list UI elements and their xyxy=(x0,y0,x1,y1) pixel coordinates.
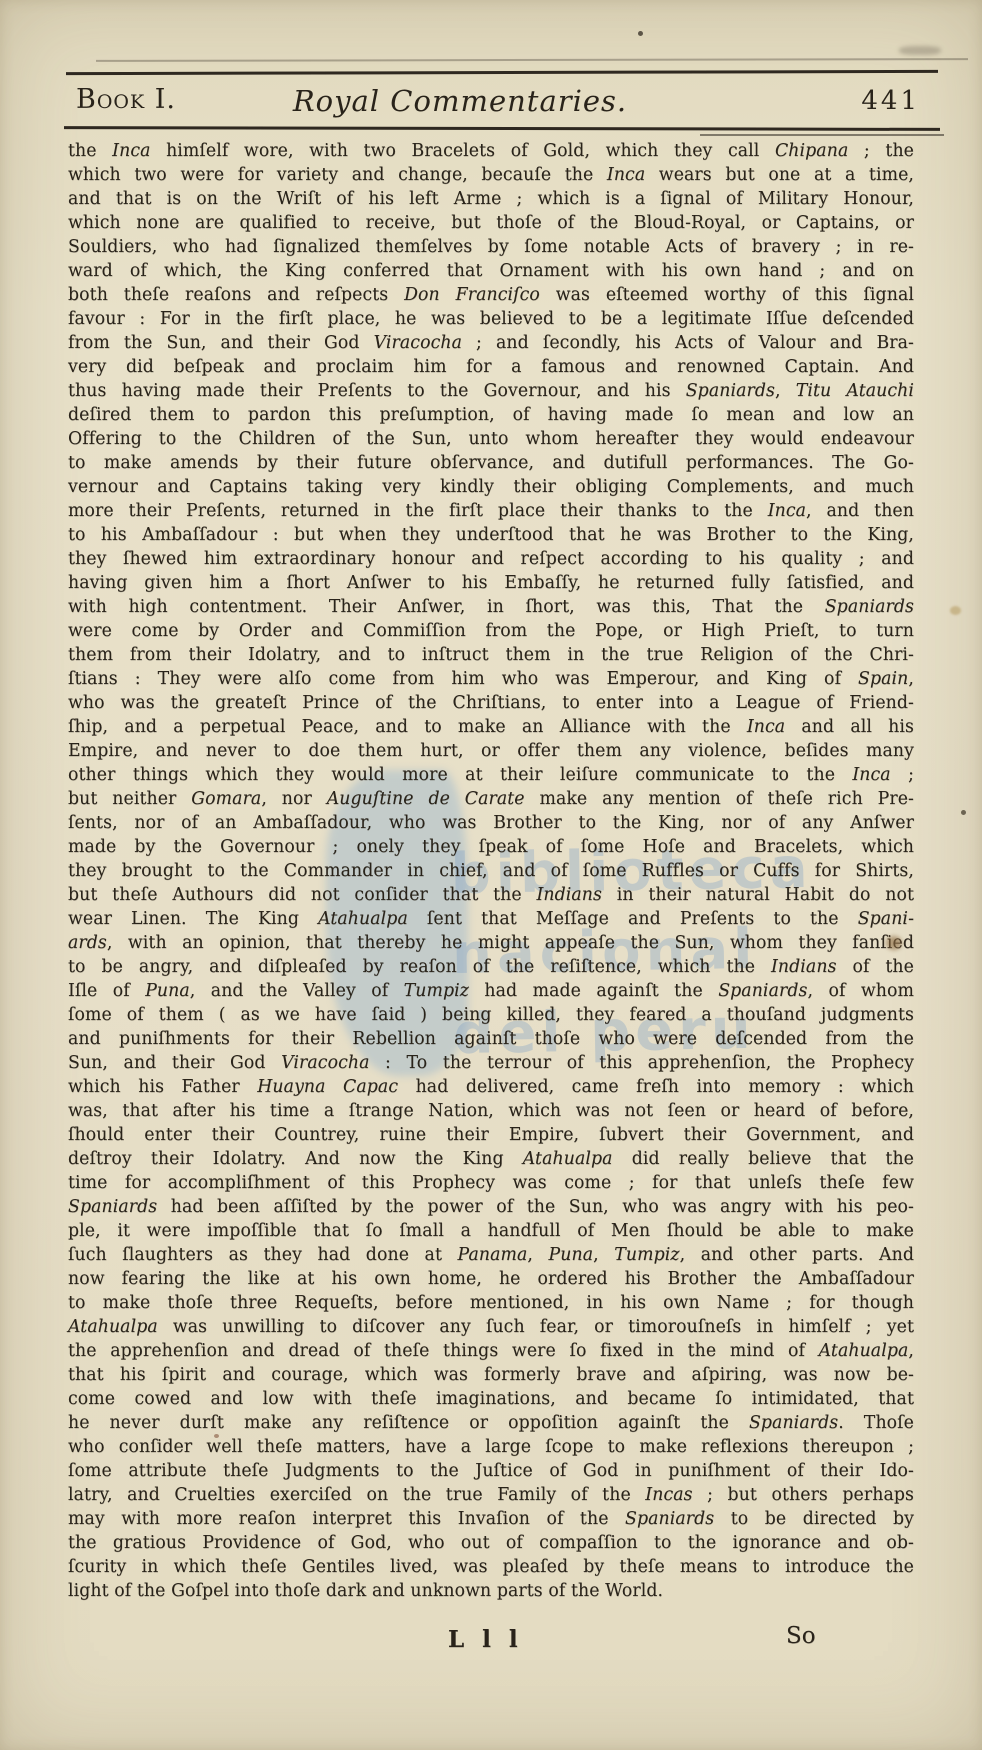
text-line: favour : For in the firſt place, he was … xyxy=(68,307,914,331)
catchword: So xyxy=(786,1623,816,1649)
text-line: now fearing the like at his own home, he… xyxy=(68,1267,914,1291)
text-line: ards, with an opinion, that thereby he m… xyxy=(68,931,914,955)
text-line: to make thoſe three Requeſts, before men… xyxy=(68,1291,914,1315)
scan-smudge xyxy=(899,46,941,55)
text-line: ſhip, and a perpetual Peace, and to make… xyxy=(68,715,914,739)
text-line: to his Ambaſſadour : but when they under… xyxy=(68,523,914,547)
text-line: come cowed and low with theſe imaginatio… xyxy=(68,1387,914,1411)
text-line: ſtians : They were alſo come from him wh… xyxy=(68,667,914,691)
text-line: was, that after his time a ſtrange Natio… xyxy=(68,1099,914,1123)
header-rule-bottom-echo xyxy=(700,134,944,136)
text-line: deſtroy their Idolatry. And now the King… xyxy=(68,1147,914,1171)
text-line: which two were for variety and change, b… xyxy=(68,163,914,187)
text-line: which none are qualified to receive, but… xyxy=(68,211,914,235)
text-line: to make amends by their future obſervanc… xyxy=(68,451,914,475)
text-line: time for accompliſhment of this Prophecy… xyxy=(68,1171,914,1195)
text-block: the Inca himſelf wore, with two Bracelet… xyxy=(68,139,914,1603)
header-rule-top xyxy=(66,70,938,75)
header-rule-bottom xyxy=(64,126,940,131)
text-line: but theſe Authours did not conſider that… xyxy=(68,883,914,907)
text-line: thus having made their Preſents to the G… xyxy=(68,379,914,403)
text-line: ſhould enter their Countrey, ruine their… xyxy=(68,1123,914,1147)
text-line: ple, it were impoſſible that ſo ſmall a … xyxy=(68,1219,914,1243)
page-number: 441 xyxy=(861,86,920,116)
text-line: ſome attribute theſe Judgments to the Ju… xyxy=(68,1459,914,1483)
text-line: but neither Gomara, nor Auguſtine de Car… xyxy=(68,787,914,811)
text-line: who was the greateſt Prince of the Chriſ… xyxy=(68,691,914,715)
text-line: were come by Order and Commiſſion from t… xyxy=(68,619,914,643)
text-line: they ſhewed him extraordinary honour and… xyxy=(68,547,914,571)
text-line: they brought to the Commander in chief, … xyxy=(68,859,914,883)
text-line: Atahualpa was unwilling to diſcover any … xyxy=(68,1315,914,1339)
text-line: from the Sun, and their God Viracocha ; … xyxy=(68,331,914,355)
running-title: Royal Commentaries. xyxy=(180,84,740,118)
foxing-spot xyxy=(886,936,902,950)
text-line: latry, and Cruelties exerciſed on the tr… xyxy=(68,1483,914,1507)
text-line: having given him a ſhort Anſwer to his E… xyxy=(68,571,914,595)
ink-speck xyxy=(638,31,643,36)
text-line: and that is on the Wriſt of his left Arm… xyxy=(68,187,914,211)
text-line: wear Linen. The King Atahualpa ſent that… xyxy=(68,907,914,931)
text-line: and puniſhments for their Rebellion agai… xyxy=(68,1027,914,1051)
foxing-spot xyxy=(950,606,961,615)
foxing-spot xyxy=(214,1434,219,1438)
text-line: the apprehenſion and dread of theſe thin… xyxy=(68,1339,914,1363)
text-line: ſome of them ( as we have ſaid ) being k… xyxy=(68,1003,914,1027)
text-line: more their Preſents, returned in the fir… xyxy=(68,499,914,523)
text-line: Offering to the Children of the Sun, unt… xyxy=(68,427,914,451)
text-line: very did beſpeak and proclaim him for a … xyxy=(68,355,914,379)
text-line: ſuch ſlaughters as they had done at Pana… xyxy=(68,1243,914,1267)
text-line: made by the Governour ; onely they ſpeak… xyxy=(68,835,914,859)
text-line: that his ſpirit and courage, which was f… xyxy=(68,1363,914,1387)
text-line: he never durſt make any reſiſtence or op… xyxy=(68,1411,914,1435)
signature-mark: L l l xyxy=(448,1626,523,1653)
text-line: ſcurity in which theſe Gentiles lived, w… xyxy=(68,1555,914,1579)
ink-speck xyxy=(961,810,966,815)
text-line: who conſider well theſe matters, have a … xyxy=(68,1435,914,1459)
text-line: both theſe reaſons and reſpects Don Fran… xyxy=(68,283,914,307)
book-label: Book I. xyxy=(76,84,176,115)
text-line: to be angry, and diſpleaſed by reaſon of… xyxy=(68,955,914,979)
book-page: bibliotecanacionaldel peru Book I. Royal… xyxy=(0,0,982,1750)
text-line: light of the Goſpel into thoſe dark and … xyxy=(68,1579,914,1603)
text-line: other things which they would more at th… xyxy=(68,763,914,787)
text-line: vernour and Captains taking very kindly … xyxy=(68,475,914,499)
top-hairline-rule xyxy=(96,58,968,61)
text-line: ſents, nor of an Ambaſſadour, who was Br… xyxy=(68,811,914,835)
text-line: Spaniards had been aſſiſted by the power… xyxy=(68,1195,914,1219)
text-line: Souldiers, who had ſignalized themſelves… xyxy=(68,235,914,259)
text-line: ward of which, the King conferred that O… xyxy=(68,259,914,283)
text-line: the Inca himſelf wore, with two Bracelet… xyxy=(68,139,914,163)
text-line: the gratious Providence of God, who out … xyxy=(68,1531,914,1555)
text-line: with high contentment. Their Anſwer, in … xyxy=(68,595,914,619)
text-line: which his Father Huayna Capac had delive… xyxy=(68,1075,914,1099)
text-line: may with more reaſon interpret this Inva… xyxy=(68,1507,914,1531)
text-line: Iſle of Puna, and the Valley of Tumpiz h… xyxy=(68,979,914,1003)
text-line: Empire, and never to doe them hurt, or o… xyxy=(68,739,914,763)
text-line: deſired them to pardon this preſumption,… xyxy=(68,403,914,427)
text-line: them from their Idolatry, and to inſtruc… xyxy=(68,643,914,667)
text-line: Sun, and their God Viracocha : To the te… xyxy=(68,1051,914,1075)
